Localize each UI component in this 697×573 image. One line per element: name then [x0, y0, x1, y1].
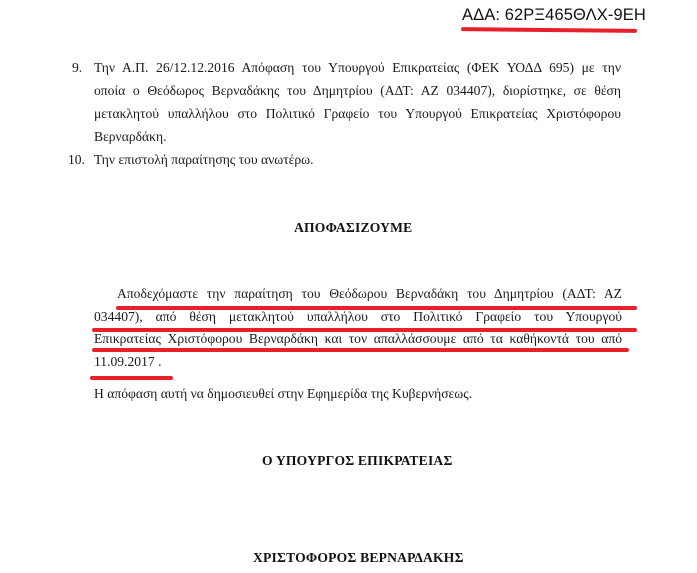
decision-underline-4 — [90, 376, 173, 380]
ada-code: ΑΔΑ: 62ΡΞ465ΘΛΧ-9ΕΗ — [462, 6, 646, 25]
item-9-number: 9. — [72, 60, 82, 76]
ada-underline-mark — [461, 27, 637, 33]
decision-line-4: 11.09.2017 . — [94, 354, 161, 370]
item-9-line-2: οποία ο Θεόδωρος Βερναδάκης του Δημητρίο… — [94, 83, 621, 99]
decision-heading: ΑΠΟΦΑΣΙΖΟΥΜΕ — [294, 220, 412, 236]
item-9-line-4: Βερναρδάκη. — [94, 129, 167, 145]
publication-note: Η απόφαση αυτή να δημοσιευθεί στην Εφημε… — [94, 386, 472, 402]
item-9-line-1: Την Α.Π. 26/12.12.2016 Απόφαση του Υπουρ… — [94, 60, 621, 76]
signature-title: Ο ΥΠΟΥΡΓΟΣ ΕΠΙΚΡΑΤΕΙΑΣ — [262, 453, 453, 469]
decision-underline-3 — [92, 348, 629, 352]
signature-name: ΧΡΙΣΤΟΦΟΡΟΣ ΒΕΡΝΑΡΔΑΚΗΣ — [253, 550, 464, 566]
decision-line-2: 034407), από θέση μετακλητού υπαλλήλου σ… — [94, 309, 622, 325]
decision-line-1: Αποδεχόμαστε την παραίτηση του Θεόδωρου … — [117, 286, 622, 302]
item-9-line-3: μετακλητού υπαλλήλου στο Πολιτικό Γραφεί… — [94, 106, 621, 122]
decision-line-3: Επικρατείας Χριστόφορου Βερναρδάκη και τ… — [94, 331, 622, 347]
item-10-line-1: Την επιστολή παραίτησης του ανωτέρω. — [94, 152, 314, 168]
item-10-number: 10. — [68, 152, 85, 168]
